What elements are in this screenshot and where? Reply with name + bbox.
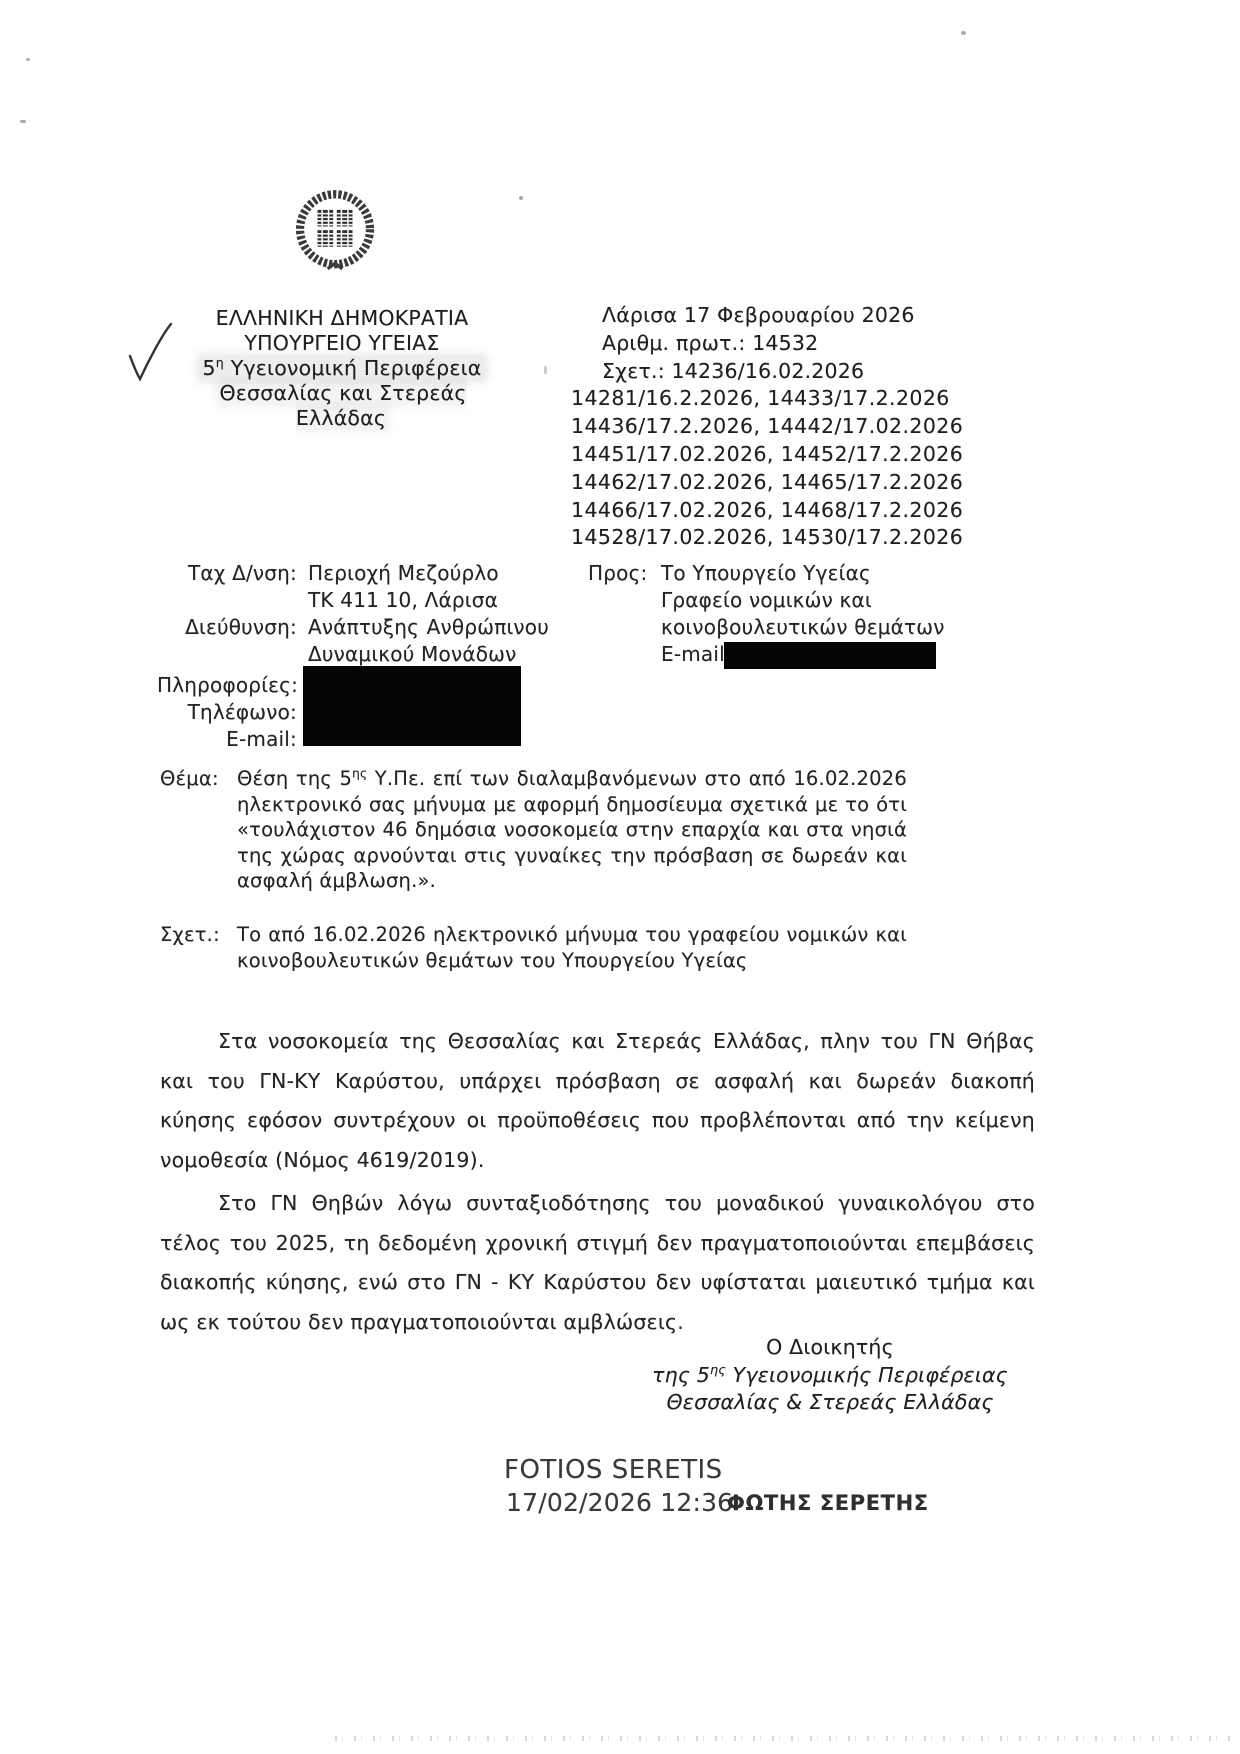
scan-speck <box>20 120 26 123</box>
digital-signature-name: FOTIOS SERETIS <box>504 1455 723 1485</box>
contact-row-postcode: ΤΚ 411 10, Λάρισα <box>157 587 549 614</box>
country-title: ΕΛΛΗΝΙΚΗ ΔΗΜΟΚΡΑΤΙΑ <box>168 306 516 331</box>
phone-label: Τηλέφωνο: <box>157 699 297 726</box>
body-paragraph-2: Στο ΓΝ Θηβών λόγω συνταξιοδότησης του μο… <box>160 1184 1035 1342</box>
recipient-row: Προς:Το Υπουργείο Υγείας <box>588 560 945 587</box>
signer-org-line: της 5ης Υγειονομικής Περιφέρειας <box>618 1362 1042 1390</box>
scan-speck <box>961 31 966 35</box>
related-reference-line: 14451/17.02.2026, 14452/17.2.2026 <box>566 441 1018 469</box>
signature-block: Ο Διοικητής της 5ης Υγειονομικής Περιφέρ… <box>618 1334 1042 1417</box>
greek-coat-of-arms-emblem <box>289 186 381 278</box>
postcode-value: ΤΚ 411 10, Λάρισα <box>308 587 498 614</box>
redaction-box-contact <box>303 666 521 746</box>
ministry-title: ΥΠΟΥΡΓΕΙΟ ΥΓΕΙΑΣ <box>168 331 516 356</box>
contact-row-address: Ταχ Δ/νση:Περιοχή Μεζούρλο <box>157 560 549 587</box>
subject-text: Θέση της 5ης Υ.Πε. επί των διαλαμβανόμεν… <box>237 766 907 894</box>
contact-row-directorate2: Δυναμικού Μονάδων <box>157 641 549 668</box>
info-label: Πληροφορίες: <box>157 672 297 699</box>
protocol-header: Λάρισα 17 Φεβρουαρίου 2026 Αριθμ. πρωτ.:… <box>566 302 1018 552</box>
signer-name-greek: ΦΩΤΗΣ ΣΕΡΕΤΗΣ <box>727 1491 929 1515</box>
related-reference: Σχετ.: 14236/16.02.2026 <box>566 358 1018 386</box>
scan-speck <box>544 366 547 374</box>
subject-label: Θέμα: <box>160 766 237 894</box>
region-area: Θεσσαλίας και Στερεάς Ελλάδας <box>168 381 516 431</box>
redaction-box-email <box>724 642 936 669</box>
scan-speck <box>26 58 30 61</box>
signer-org-area: Θεσσαλίας & Στερεάς Ελλάδας <box>618 1389 1042 1417</box>
digital-signature-datetime: 17/02/2026 12:36 <box>506 1488 733 1517</box>
related-reference-line: 14528/17.02.2026, 14530/17.2.2026 <box>566 524 1018 552</box>
directorate-value2: Δυναμικού Μονάδων <box>308 641 516 668</box>
address-label: Ταχ Δ/νση: <box>157 560 297 587</box>
sender-header: ΕΛΛΗΝΙΚΗ ΔΗΜΟΚΡΑΤΙΑ ΥΠΟΥΡΓΕΙΟ ΥΓΕΙΑΣ 5η … <box>168 306 516 431</box>
to-label: Προς: <box>588 560 651 587</box>
related-reference-line: 14466/17.02.2026, 14468/17.2.2026 <box>566 497 1018 525</box>
subject-block: Θέμα: Θέση της 5ης Υ.Πε. επί των διαλαμβ… <box>160 766 912 894</box>
coat-of-arms-icon <box>289 186 381 278</box>
reference-block: Σχετ.: Το από 16.02.2026 ηλεκτρονικό μήν… <box>160 922 912 974</box>
directorate-label: Διεύθυνση: <box>157 614 297 641</box>
scanned-letter-page: ΕΛΛΗΝΙΚΗ ΔΗΜΟΚΡΑΤΙΑ ΥΠΟΥΡΓΕΙΟ ΥΓΕΙΑΣ 5η … <box>0 0 1240 1754</box>
letter-body: Στα νοσοκομεία της Θεσσαλίας και Στερεάς… <box>160 1022 1035 1342</box>
region-title: 5η Υγειονομική Περιφέρεια <box>168 356 516 381</box>
protocol-number: Αριθμ. πρωτ.: 14532 <box>566 330 1018 358</box>
city-date: Λάρισα 17 Φεβρουαρίου 2026 <box>566 302 1018 330</box>
related-reference-line: 14281/16.2.2026, 14433/17.2.2026 <box>566 385 1018 413</box>
reference-text: Το από 16.02.2026 ηλεκτρονικό μήνυμα του… <box>237 922 907 974</box>
signer-title: Ο Διοικητής <box>618 1334 1042 1362</box>
recipient-row: κοινοβουλευτικών θεμάτων <box>588 614 945 641</box>
recipient-email-label: E-mail: <box>661 641 732 668</box>
address-value: Περιοχή Μεζούρλο <box>308 560 499 587</box>
related-reference-line: 14436/17.2.2026, 14442/17.02.2026 <box>566 413 1018 441</box>
reference-label: Σχετ.: <box>160 922 237 974</box>
directorate-value: ΑνάπτυξηςΑνθρώπινου <box>308 614 549 641</box>
recipient-row: Γραφείο νομικών και <box>588 587 945 614</box>
related-reference-line: 14462/17.02.2026, 14465/17.2.2026 <box>566 469 1018 497</box>
body-paragraph-1: Στα νοσοκομεία της Θεσσαλίας και Στερεάς… <box>160 1022 1035 1180</box>
scan-speck <box>519 196 523 200</box>
email-label: E-mail: <box>157 726 297 753</box>
scan-noise-line <box>335 1736 1235 1741</box>
contact-row-directorate: Διεύθυνση:ΑνάπτυξηςΑνθρώπινου <box>157 614 549 641</box>
